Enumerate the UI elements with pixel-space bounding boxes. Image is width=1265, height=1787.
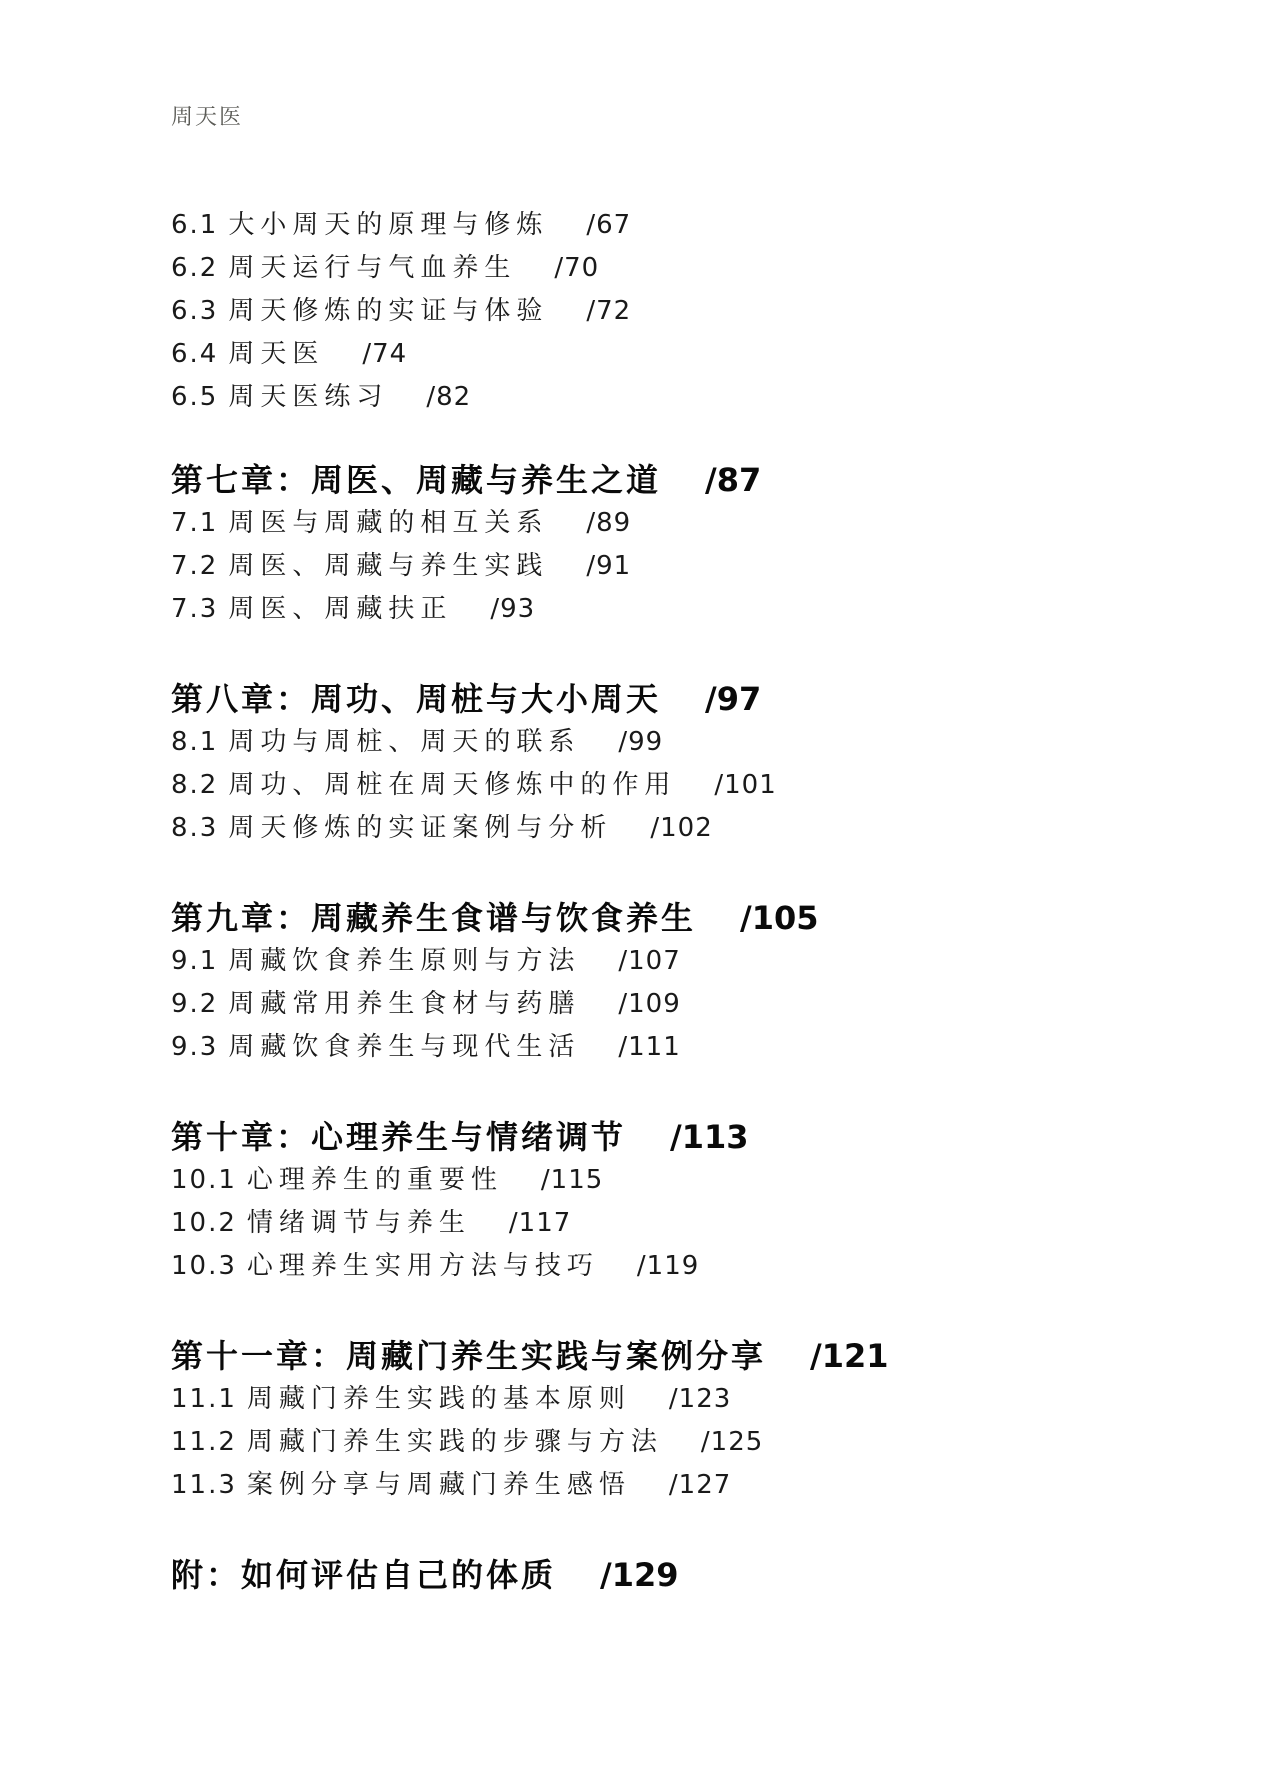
item-title: 周天修炼的实证与体验 <box>228 296 548 326</box>
item-page: /70 <box>554 253 599 283</box>
item-number: 10.3 <box>171 1251 237 1281</box>
toc-item-11-3[interactable]: 11.3案例分享与周藏门养生感悟/127 <box>171 1464 889 1507</box>
item-page: /115 <box>541 1165 603 1195</box>
toc-item-6-1[interactable]: 6.1大小周天的原理与修炼/67 <box>171 204 631 247</box>
item-number: 9.1 <box>171 946 218 976</box>
item-title: 大小周天的原理与修炼 <box>228 210 548 240</box>
toc-item-9-1[interactable]: 9.1周藏饮食养生原则与方法/107 <box>171 940 819 983</box>
item-number: 8.2 <box>171 770 218 800</box>
item-page: /127 <box>669 1470 731 1500</box>
item-number: 7.1 <box>171 508 218 538</box>
chapter-page: /121 <box>810 1337 888 1375</box>
chapter-page: /97 <box>705 680 761 718</box>
toc-item-11-1[interactable]: 11.1周藏门养生实践的基本原则/123 <box>171 1378 889 1421</box>
item-title: 周医、周藏扶正 <box>228 594 452 624</box>
item-number: 7.2 <box>171 551 218 581</box>
item-title: 周功、周桩在周天修炼中的作用 <box>228 770 676 800</box>
item-title: 周藏饮食养生原则与方法 <box>228 946 580 976</box>
item-title: 周天医练习 <box>228 382 388 412</box>
toc-item-10-2[interactable]: 10.2情绪调节与养生/117 <box>171 1202 749 1245</box>
chapter-title: 第七章：周医、周藏与养生之道 <box>171 461 661 499</box>
item-page: /67 <box>586 210 631 240</box>
toc-item-8-2[interactable]: 8.2周功、周桩在周天修炼中的作用/101 <box>171 764 777 807</box>
item-title: 周医、周藏与养生实践 <box>228 551 548 581</box>
section-6-items: 6.1大小周天的原理与修炼/67 6.2周天运行与气血养生/70 6.3周天修炼… <box>171 204 631 419</box>
toc-item-7-2[interactable]: 7.2周医、周藏与养生实践/91 <box>171 545 761 588</box>
toc-item-9-2[interactable]: 9.2周藏常用养生食材与药膳/109 <box>171 983 819 1026</box>
appendix-page: /129 <box>600 1556 678 1594</box>
item-number: 6.3 <box>171 296 218 326</box>
item-number: 6.1 <box>171 210 218 240</box>
toc-item-10-1[interactable]: 10.1心理养生的重要性/115 <box>171 1159 749 1202</box>
item-number: 11.1 <box>171 1384 237 1414</box>
item-page: /99 <box>618 727 663 757</box>
item-page: /89 <box>586 508 631 538</box>
item-page: /82 <box>426 382 471 412</box>
toc-item-6-2[interactable]: 6.2周天运行与气血养生/70 <box>171 247 631 290</box>
item-page: /117 <box>509 1208 571 1238</box>
item-number: 6.5 <box>171 382 218 412</box>
item-title: 周功与周桩、周天的联系 <box>228 727 580 757</box>
chapter-9: 第九章：周藏养生食谱与饮食养生/105 9.1周藏饮食养生原则与方法/107 9… <box>171 896 819 1069</box>
chapter-title: 第九章：周藏养生食谱与饮食养生 <box>171 899 696 937</box>
item-page: /123 <box>669 1384 731 1414</box>
item-title: 情绪调节与养生 <box>247 1208 471 1238</box>
toc-item-6-3[interactable]: 6.3周天修炼的实证与体验/72 <box>171 290 631 333</box>
toc-item-6-4[interactable]: 6.4周天医/74 <box>171 333 631 376</box>
appendix-title: 附：如何评估自己的体质 <box>171 1556 556 1594</box>
appendix-heading[interactable]: 附：如何评估自己的体质/129 <box>171 1553 679 1597</box>
item-number: 8.1 <box>171 727 218 757</box>
item-number: 7.3 <box>171 594 218 624</box>
item-page: /119 <box>637 1251 699 1281</box>
item-page: /101 <box>714 770 776 800</box>
item-page: /93 <box>490 594 535 624</box>
item-page: /74 <box>362 339 407 369</box>
toc-item-7-3[interactable]: 7.3周医、周藏扶正/93 <box>171 588 761 631</box>
item-title: 周藏常用养生食材与药膳 <box>228 989 580 1019</box>
item-page: /111 <box>618 1032 680 1062</box>
item-number: 10.1 <box>171 1165 237 1195</box>
item-title: 心理养生实用方法与技巧 <box>247 1251 599 1281</box>
item-title: 周医与周藏的相互关系 <box>228 508 548 538</box>
chapter-7: 第七章：周医、周藏与养生之道/87 7.1周医与周藏的相互关系/89 7.2周医… <box>171 458 761 631</box>
item-title: 周藏饮食养生与现代生活 <box>228 1032 580 1062</box>
chapter-page: /105 <box>740 899 818 937</box>
chapter-11: 第十一章：周藏门养生实践与案例分享/121 11.1周藏门养生实践的基本原则/1… <box>171 1334 889 1507</box>
item-title: 心理养生的重要性 <box>247 1165 503 1195</box>
toc-item-7-1[interactable]: 7.1周医与周藏的相互关系/89 <box>171 502 761 545</box>
item-page: /125 <box>701 1427 763 1457</box>
item-number: 6.4 <box>171 339 218 369</box>
item-page: /72 <box>586 296 631 326</box>
chapter-heading-9[interactable]: 第九章：周藏养生食谱与饮食养生/105 <box>171 896 819 940</box>
toc-item-6-5[interactable]: 6.5周天医练习/82 <box>171 376 631 419</box>
item-page: /109 <box>618 989 680 1019</box>
item-page: /91 <box>586 551 631 581</box>
item-number: 11.2 <box>171 1427 237 1457</box>
toc-item-8-1[interactable]: 8.1周功与周桩、周天的联系/99 <box>171 721 777 764</box>
item-title: 周天修炼的实证案例与分析 <box>228 813 612 843</box>
chapter-title: 第十章：心理养生与情绪调节 <box>171 1118 626 1156</box>
item-number: 11.3 <box>171 1470 237 1500</box>
item-title: 周天医 <box>228 339 324 369</box>
item-number: 6.2 <box>171 253 218 283</box>
item-number: 8.3 <box>171 813 218 843</box>
chapter-title: 第八章：周功、周桩与大小周天 <box>171 680 661 718</box>
chapter-8: 第八章：周功、周桩与大小周天/97 8.1周功与周桩、周天的联系/99 8.2周… <box>171 677 777 850</box>
item-title: 周天运行与气血养生 <box>228 253 516 283</box>
chapter-heading-7[interactable]: 第七章：周医、周藏与养生之道/87 <box>171 458 761 502</box>
chapter-10: 第十章：心理养生与情绪调节/113 10.1心理养生的重要性/115 10.2情… <box>171 1115 749 1288</box>
chapter-heading-10[interactable]: 第十章：心理养生与情绪调节/113 <box>171 1115 749 1159</box>
chapter-heading-11[interactable]: 第十一章：周藏门养生实践与案例分享/121 <box>171 1334 889 1378</box>
item-page: /102 <box>650 813 712 843</box>
item-number: 10.2 <box>171 1208 237 1238</box>
item-number: 9.2 <box>171 989 218 1019</box>
appendix: 附：如何评估自己的体质/129 <box>171 1553 679 1597</box>
chapter-page: /113 <box>670 1118 748 1156</box>
toc-item-10-3[interactable]: 10.3心理养生实用方法与技巧/119 <box>171 1245 749 1288</box>
toc-item-8-3[interactable]: 8.3周天修炼的实证案例与分析/102 <box>171 807 777 850</box>
chapter-title: 第十一章：周藏门养生实践与案例分享 <box>171 1337 766 1375</box>
chapter-page: /87 <box>705 461 761 499</box>
item-page: /107 <box>618 946 680 976</box>
toc-item-11-2[interactable]: 11.2周藏门养生实践的步骤与方法/125 <box>171 1421 889 1464</box>
running-header: 周天医 <box>171 104 243 132</box>
item-title: 案例分享与周藏门养生感悟 <box>247 1470 631 1500</box>
chapter-heading-8[interactable]: 第八章：周功、周桩与大小周天/97 <box>171 677 777 721</box>
item-title: 周藏门养生实践的基本原则 <box>247 1384 631 1414</box>
item-title: 周藏门养生实践的步骤与方法 <box>247 1427 663 1457</box>
item-number: 9.3 <box>171 1032 218 1062</box>
toc-item-9-3[interactable]: 9.3周藏饮食养生与现代生活/111 <box>171 1026 819 1069</box>
